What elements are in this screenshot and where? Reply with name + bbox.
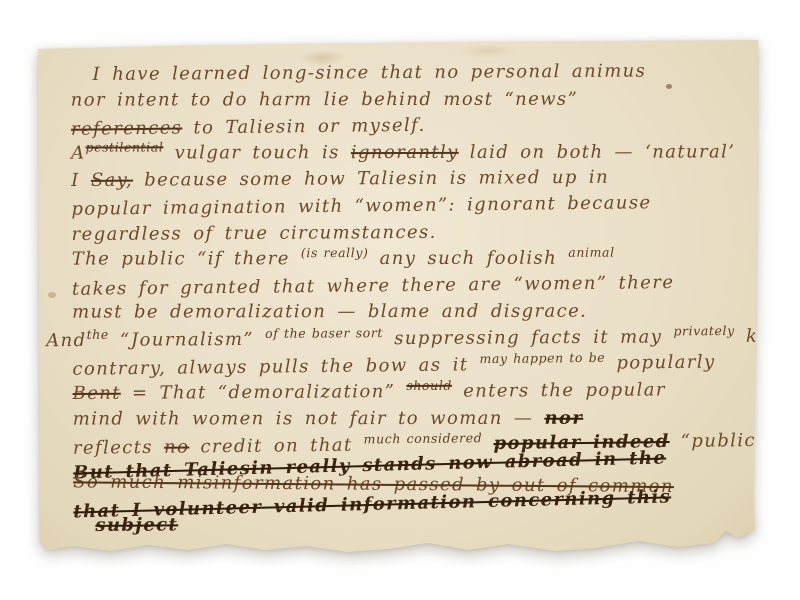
text-segment: must be demoralization — blame and disgr… — [72, 301, 587, 323]
manuscript-text: I have learned long-since that no person… — [71, 58, 744, 539]
paper-stain — [458, 44, 518, 58]
text-segment: to Taliesin or myself. — [182, 115, 426, 139]
text-segment: laid on both — ‘natural’ — [459, 141, 736, 162]
inserted-text: of the baser sort — [265, 328, 383, 339]
photograph-backdrop: I have learned long-since that no person… — [0, 0, 800, 600]
text-segment: any such foolish — [369, 248, 569, 269]
inserted-text: animal — [568, 248, 614, 258]
manuscript-line: I have learned long-since that no person… — [93, 58, 741, 89]
struck-text: Bent — [73, 383, 121, 404]
paper-speck — [48, 292, 56, 298]
manuscript-line: The public “if there (is really) any suc… — [72, 246, 742, 274]
text-segment: contrary, always pulls the bow as it — [72, 354, 479, 380]
struck-text: Say, — [91, 170, 133, 191]
text-segment: And — [46, 330, 86, 351]
text-segment: A — [71, 142, 85, 163]
text-segment: nor intent to do harm lie behind most “n… — [71, 88, 578, 110]
inserted-text: privately — [673, 326, 734, 336]
struck-text: should — [406, 381, 452, 391]
text-segment: = That “demoralization” — [121, 381, 407, 404]
inserted-text: (is really) — [301, 248, 369, 258]
manuscript-paper: I have learned long-since that no person… — [38, 40, 758, 555]
manuscript-line: Apestilential vulgar touch is ignorantly… — [71, 139, 741, 167]
text-segment: I — [71, 170, 91, 191]
inserted-text: much considered — [364, 433, 483, 444]
struck-text: ignorantly — [351, 142, 459, 163]
text-segment: vulgar touch is — [163, 142, 350, 163]
text-segment: I have learned long-since that no person… — [93, 61, 647, 85]
text-segment: popularly — [605, 351, 715, 373]
struck-text: nor — [544, 407, 583, 428]
text-segment: “Journalism” — [109, 329, 265, 351]
text-segment: know to the — [735, 325, 800, 347]
text-segment: mind with women is not fair to woman — — [73, 407, 545, 429]
text-segment: popular imagination with “women”: ignora… — [71, 192, 651, 220]
manuscript-line: references to Taliesin or myself. — [71, 109, 741, 143]
text-segment: takes for granted that where there are “… — [72, 272, 675, 300]
inserted-text: the — [87, 330, 109, 340]
text-segment: because some how Taliesin is mixed up in — [133, 167, 609, 191]
struck-text: references — [71, 118, 183, 140]
struck-text: pestilential — [85, 142, 163, 152]
text-segment: The public “if there — [72, 248, 301, 269]
manuscript-line: must be demoralization — blame and disgr… — [72, 299, 742, 327]
paper-shadow-wrap: I have learned long-since that no person… — [38, 40, 758, 555]
text-segment: suppressing facts it may — [383, 326, 674, 349]
inserted-text: may happen to be — [479, 352, 605, 363]
text-segment: enters the popular — [452, 380, 666, 402]
text-segment: reflects — [73, 437, 164, 459]
text-segment: regardless of true circumstances. — [72, 221, 437, 244]
struck-text: no — [164, 437, 189, 458]
